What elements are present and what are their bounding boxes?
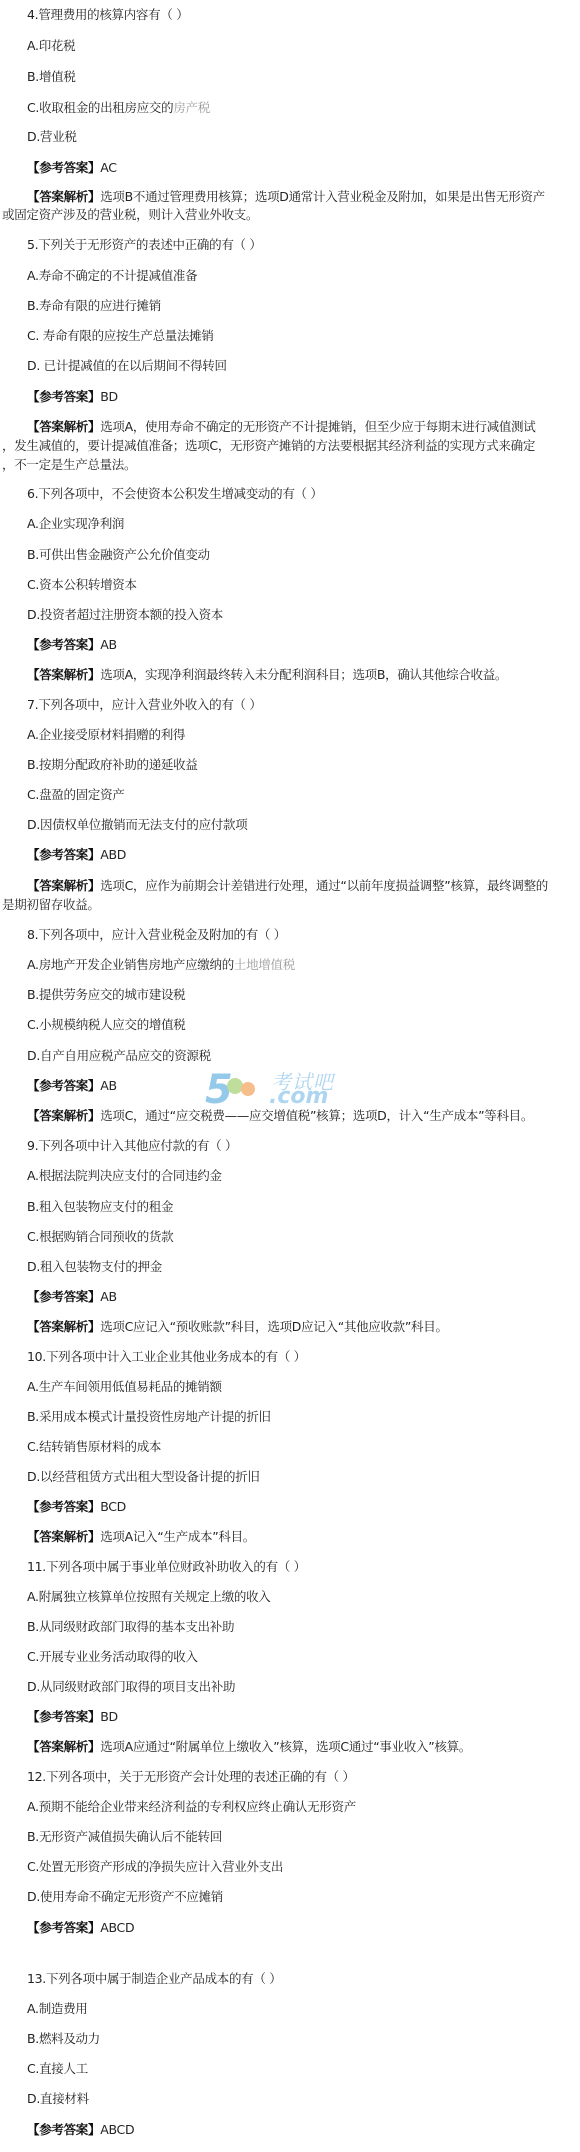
question-5-option-a: A.寿命不确定的不计提减值准备 bbox=[27, 267, 197, 285]
watermark-domain-text: .com bbox=[269, 1084, 328, 1109]
question-13-option-c: C.直接人工 bbox=[27, 2060, 88, 2078]
answer-value: BCD bbox=[100, 1499, 126, 1514]
answer-value: AB bbox=[100, 1289, 117, 1304]
question-7-title: 7.下列各项中，应计入营业外收入的有（ ） bbox=[27, 696, 262, 714]
faded-link-text: 土地增值税 bbox=[234, 957, 295, 972]
question-13-option-b: B.燃料及动力 bbox=[27, 2030, 100, 2048]
question-12-option-d: D.使用寿命不确定无形资产不应摊销 bbox=[27, 1888, 223, 1906]
answer-label: 【参考答案】 bbox=[27, 1289, 100, 1304]
question-4-option-a: A.印花税 bbox=[27, 37, 75, 55]
answer-value: AB bbox=[100, 1078, 117, 1093]
question-11-option-a: A.附属独立核算单位按照有关规定上缴的收入 bbox=[27, 1588, 271, 1606]
question-8-option-d: D.自产自用应税产品应交的资源税 bbox=[27, 1047, 211, 1065]
analysis-text: 选项B不通过管理费用核算；选项D通常计入营业税金及附加，如果是出售无形资产 bbox=[100, 189, 545, 204]
answer-label: 【参考答案】 bbox=[27, 1499, 100, 1514]
question-7-answer: 【参考答案】ABD bbox=[27, 846, 126, 864]
question-4-option-d: D.营业税 bbox=[27, 128, 77, 146]
answer-value: ABCD bbox=[100, 2122, 134, 2137]
question-4-option-b: B.增值税 bbox=[27, 68, 76, 86]
question-9-analysis-1: 【答案解析】选项C应记入“预收账款”科目，选项D应记入“其他应收款”科目。 bbox=[27, 1318, 448, 1336]
question-4-analysis-2: 或固定资产涉及的营业税，则计入营业外收支。 bbox=[2, 206, 258, 224]
question-7-analysis-2: 是期初留存收益。 bbox=[2, 896, 100, 914]
question-8-title: 8.下列各项中，应计入营业税金及附加的有（ ） bbox=[27, 926, 286, 944]
question-7-option-d: D.因债权单位撤销而无法支付的应付款项 bbox=[27, 816, 247, 834]
option-text: A.房地产开发企业销售房地产应缴纳的 bbox=[27, 957, 234, 972]
analysis-text: 选项C，应作为前期会计差错进行处理，通过“以前年度损益调整”核算，最终调整的 bbox=[100, 878, 548, 893]
analysis-text: 选项A记入“生产成本”科目。 bbox=[100, 1529, 255, 1544]
question-8-option-b: B.提供劳务应交的城市建设税 bbox=[27, 986, 185, 1004]
question-12-option-a: A.预期不能给企业带来经济利益的专利权应终止确认无形资产 bbox=[27, 1798, 356, 1816]
answer-value: AC bbox=[100, 160, 116, 175]
analysis-label: 【答案解析】 bbox=[27, 189, 100, 204]
question-13-title: 13.下列各项中属于制造企业产品成本的有（ ） bbox=[27, 1970, 281, 1988]
answer-value: ABCD bbox=[100, 1920, 134, 1935]
answer-label: 【参考答案】 bbox=[27, 389, 100, 404]
faded-link-text: 房产税 bbox=[173, 100, 210, 115]
question-5-title: 5.下列关于无形资产的表述中正确的有（ ） bbox=[27, 236, 262, 254]
question-11-title: 11.下列各项中属于事业单位财政补助收入的有（ ） bbox=[27, 1558, 306, 1576]
question-6-title: 6.下列各项中，不会使资本公积发生增减变动的有（ ） bbox=[27, 485, 323, 503]
question-13-answer: 【参考答案】ABCD bbox=[27, 2121, 134, 2139]
question-12-option-c: C.处置无形资产形成的净损失应计入营业外支出 bbox=[27, 1858, 283, 1876]
exam-document: 4.管理费用的核算内容有（ ） A.印花税 B.增值税 C.收取租金的出租房应交… bbox=[0, 0, 580, 2152]
question-5-option-d: D. 已计提减值的在以后期间不得转回 bbox=[27, 357, 227, 375]
analysis-label: 【答案解析】 bbox=[27, 419, 100, 434]
question-4-answer: 【参考答案】AC bbox=[27, 159, 117, 177]
analysis-label: 【答案解析】 bbox=[27, 1739, 100, 1754]
question-11-analysis-1: 【答案解析】选项A应通过“附属单位上缴收入”核算，选项C通过“事业收入”核算。 bbox=[27, 1738, 471, 1756]
question-12-option-b: B.无形资产减值损失确认后不能转回 bbox=[27, 1828, 222, 1846]
question-11-option-c: C.开展专业业务活动取得的收入 bbox=[27, 1648, 198, 1666]
analysis-label: 【答案解析】 bbox=[27, 1529, 100, 1544]
question-7-option-a: A.企业接受原材料捐赠的利得 bbox=[27, 726, 185, 744]
question-6-option-c: C.资本公积转增资本 bbox=[27, 576, 137, 594]
answer-label: 【参考答案】 bbox=[27, 160, 100, 175]
question-9-title: 9.下列各项中计入其他应付款的有（ ） bbox=[27, 1137, 237, 1155]
question-4-title: 4.管理费用的核算内容有（ ） bbox=[27, 6, 188, 24]
question-5-analysis-2: ，发生减值的，要计提减值准备；选项C，无形资产摊销的方法要根据其经济利益的实现方… bbox=[2, 437, 535, 455]
question-7-analysis-1: 【答案解析】选项C，应作为前期会计差错进行处理，通过“以前年度损益调整”核算，最… bbox=[27, 877, 548, 895]
analysis-label: 【答案解析】 bbox=[27, 667, 100, 682]
analysis-text: 选项C应记入“预收账款”科目，选项D应记入“其他应收款”科目。 bbox=[100, 1319, 447, 1334]
question-9-option-a: A.根据法院判决应支付的合同违约金 bbox=[27, 1167, 222, 1185]
question-10-analysis-1: 【答案解析】选项A记入“生产成本”科目。 bbox=[27, 1528, 255, 1546]
question-9-option-c: C.根据购销合同预收的货款 bbox=[27, 1228, 173, 1246]
answer-value: AB bbox=[100, 637, 117, 652]
site-watermark: 5 考试吧 .com bbox=[205, 1068, 355, 1112]
question-4-analysis-1: 【答案解析】选项B不通过管理费用核算；选项D通常计入营业税金及附加，如果是出售无… bbox=[27, 188, 545, 206]
question-13-option-a: A.制造费用 bbox=[27, 2000, 88, 2018]
analysis-label: 【答案解析】 bbox=[27, 1108, 100, 1123]
answer-label: 【参考答案】 bbox=[27, 1920, 100, 1935]
analysis-label: 【答案解析】 bbox=[27, 1319, 100, 1334]
question-5-analysis-1: 【答案解析】选项A，使用寿命不确定的无形资产不计提摊销，但至少应于每期末进行减值… bbox=[27, 418, 535, 436]
question-10-option-c: C.结转销售原材料的成本 bbox=[27, 1438, 161, 1456]
question-10-option-b: B.采用成本模式计量投资性房地产计提的折旧 bbox=[27, 1408, 271, 1426]
answer-value: BD bbox=[100, 389, 118, 404]
answer-label: 【参考答案】 bbox=[27, 2122, 100, 2137]
answer-label: 【参考答案】 bbox=[27, 847, 100, 862]
question-10-option-d: D.以经营租赁方式出租大型设备计提的折旧 bbox=[27, 1468, 260, 1486]
question-9-option-b: B.租入包装物应支付的租金 bbox=[27, 1198, 173, 1216]
question-8-answer: 【参考答案】AB bbox=[27, 1077, 117, 1095]
question-11-option-b: B.从同级财政部门取得的基本支出补助 bbox=[27, 1618, 234, 1636]
question-11-option-d: D.从同级财政部门取得的项目支出补助 bbox=[27, 1678, 235, 1696]
question-10-title: 10.下列各项中计入工业企业其他业务成本的有（ ） bbox=[27, 1348, 306, 1366]
question-5-analysis-3: ，不一定是生产总量法。 bbox=[2, 456, 136, 474]
question-5-answer: 【参考答案】BD bbox=[27, 388, 118, 406]
question-7-option-b: B.按期分配政府补助的递延收益 bbox=[27, 756, 198, 774]
question-6-answer: 【参考答案】AB bbox=[27, 636, 117, 654]
question-5-option-c: C. 寿命有限的应按生产总量法摊销 bbox=[27, 327, 214, 345]
question-8-option-c: C.小规模纳税人应交的增值税 bbox=[27, 1016, 186, 1034]
question-10-option-a: A.生产车间领用低值易耗品的摊销额 bbox=[27, 1378, 222, 1396]
question-13-option-d: D.直接材料 bbox=[27, 2090, 89, 2108]
question-12-title: 12.下列各项中，关于无形资产会计处理的表述正确的有（ ） bbox=[27, 1768, 355, 1786]
question-6-option-a: A.企业实现净利润 bbox=[27, 515, 124, 533]
question-6-option-d: D.投资者超过注册资本额的投入资本 bbox=[27, 606, 223, 624]
question-6-option-b: B.可供出售金融资产公允价值变动 bbox=[27, 546, 210, 564]
answer-label: 【参考答案】 bbox=[27, 1078, 100, 1093]
question-11-answer: 【参考答案】BD bbox=[27, 1708, 118, 1726]
analysis-text: 选项A应通过“附属单位上缴收入”核算，选项C通过“事业收入”核算。 bbox=[100, 1739, 471, 1754]
analysis-text: 选项A，使用寿命不确定的无形资产不计提摊销，但至少应于每期末进行减值测试 bbox=[100, 419, 535, 434]
analysis-text: 选项A，实现净利润最终转入未分配利润科目；选项B，确认其他综合收益。 bbox=[100, 667, 507, 682]
question-10-answer: 【参考答案】BCD bbox=[27, 1498, 126, 1516]
question-8-option-a: A.房地产开发企业销售房地产应缴纳的土地增值税 bbox=[27, 956, 295, 974]
question-12-answer: 【参考答案】ABCD bbox=[27, 1919, 134, 1937]
question-6-analysis-1: 【答案解析】选项A，实现净利润最终转入未分配利润科目；选项B，确认其他综合收益。 bbox=[27, 666, 507, 684]
answer-value: BD bbox=[100, 1709, 118, 1724]
answer-label: 【参考答案】 bbox=[27, 1709, 100, 1724]
question-7-option-c: C.盘盈的固定资产 bbox=[27, 786, 125, 804]
question-9-option-d: D.租入包装物支付的押金 bbox=[27, 1258, 162, 1276]
question-9-answer: 【参考答案】AB bbox=[27, 1288, 117, 1306]
watermark-orange-circle-icon bbox=[241, 1082, 255, 1096]
answer-label: 【参考答案】 bbox=[27, 637, 100, 652]
option-text: C.收取租金的出租房应交的 bbox=[27, 100, 173, 115]
analysis-label: 【答案解析】 bbox=[27, 878, 100, 893]
answer-value: ABD bbox=[100, 847, 126, 862]
question-4-option-c: C.收取租金的出租房应交的房产税 bbox=[27, 99, 210, 117]
question-5-option-b: B.寿命有限的应进行摊销 bbox=[27, 297, 161, 315]
